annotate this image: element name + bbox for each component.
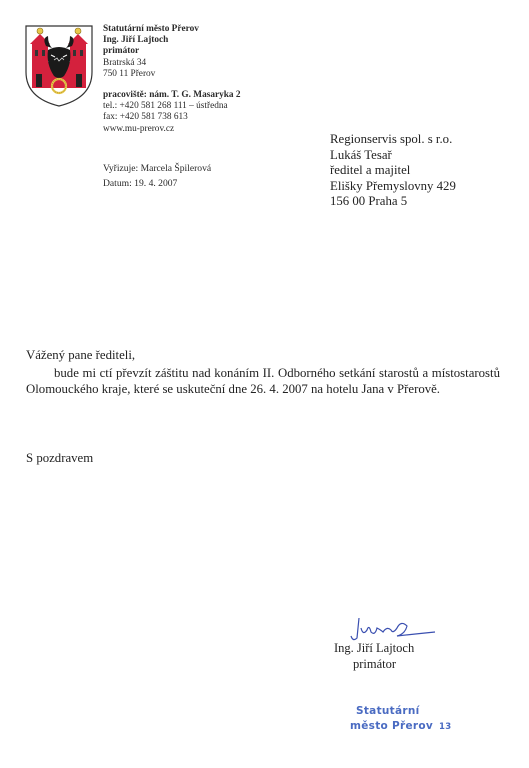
recipient-street: Elišky Přemyslovny 429	[330, 179, 456, 195]
coat-of-arms-icon	[24, 24, 94, 108]
fax-number: fax: +420 581 738 613	[103, 112, 241, 123]
signer-title: primátor	[334, 656, 414, 672]
website-link: www.mu-prerov.cz	[103, 124, 241, 135]
organization-name: Statutární město Přerov	[103, 24, 241, 35]
stamp-line-2: město Přerov	[350, 720, 433, 732]
stamp-line-2-row: město Přerov13	[350, 719, 451, 735]
body-line-2: Olomouckého kraje, které se uskuteční dn…	[26, 381, 500, 397]
signature-block: Ing. Jiří Lajtoch primátor	[334, 640, 414, 672]
street-address: Bratrská 34	[103, 58, 241, 69]
letterhead: Statutární město Přerov Ing. Jiří Lajtoc…	[103, 24, 241, 135]
handled-by: Vyřizuje: Marcela Špilerová	[103, 162, 211, 177]
recipient-company: Regionservis spol. s r.o.	[330, 132, 456, 148]
signer-name: Ing. Jiří Lajtoch	[334, 641, 414, 655]
closing: S pozdravem	[26, 451, 93, 466]
letter-date: Datum: 19. 4. 2007	[103, 177, 211, 192]
stamp-line-1: Statutární	[356, 705, 420, 717]
recipient-position: ředitel a majitel	[330, 163, 456, 179]
recipient-address: Regionservis spol. s r.o. Lukáš Tesař ře…	[330, 132, 456, 210]
recipient-name: Lukáš Tesař	[330, 148, 456, 164]
city-address: 750 11 Přerov	[103, 69, 241, 80]
official-stamp: Statutární město Přerov13	[356, 704, 451, 735]
salutation: Vážený pane řediteli,	[26, 348, 135, 363]
workplace-address: pracoviště: nám. T. G. Masaryka 2	[103, 90, 241, 101]
recipient-city: 156 00 Praha 5	[330, 194, 456, 210]
signatory-name: Ing. Jiří Lajtoch	[103, 35, 241, 46]
reference-block: Vyřizuje: Marcela Špilerová Datum: 19. 4…	[103, 162, 211, 191]
signatory-role: primátor	[103, 46, 241, 57]
phone-number: tel.: +420 581 268 111 – ústředna	[103, 101, 241, 112]
letter-body: bude mi ctí převzít záštitu nad konáním …	[26, 365, 500, 397]
stamp-number: 13	[439, 722, 451, 732]
body-line-1: bude mi ctí převzít záštitu nad konáním …	[26, 365, 500, 381]
